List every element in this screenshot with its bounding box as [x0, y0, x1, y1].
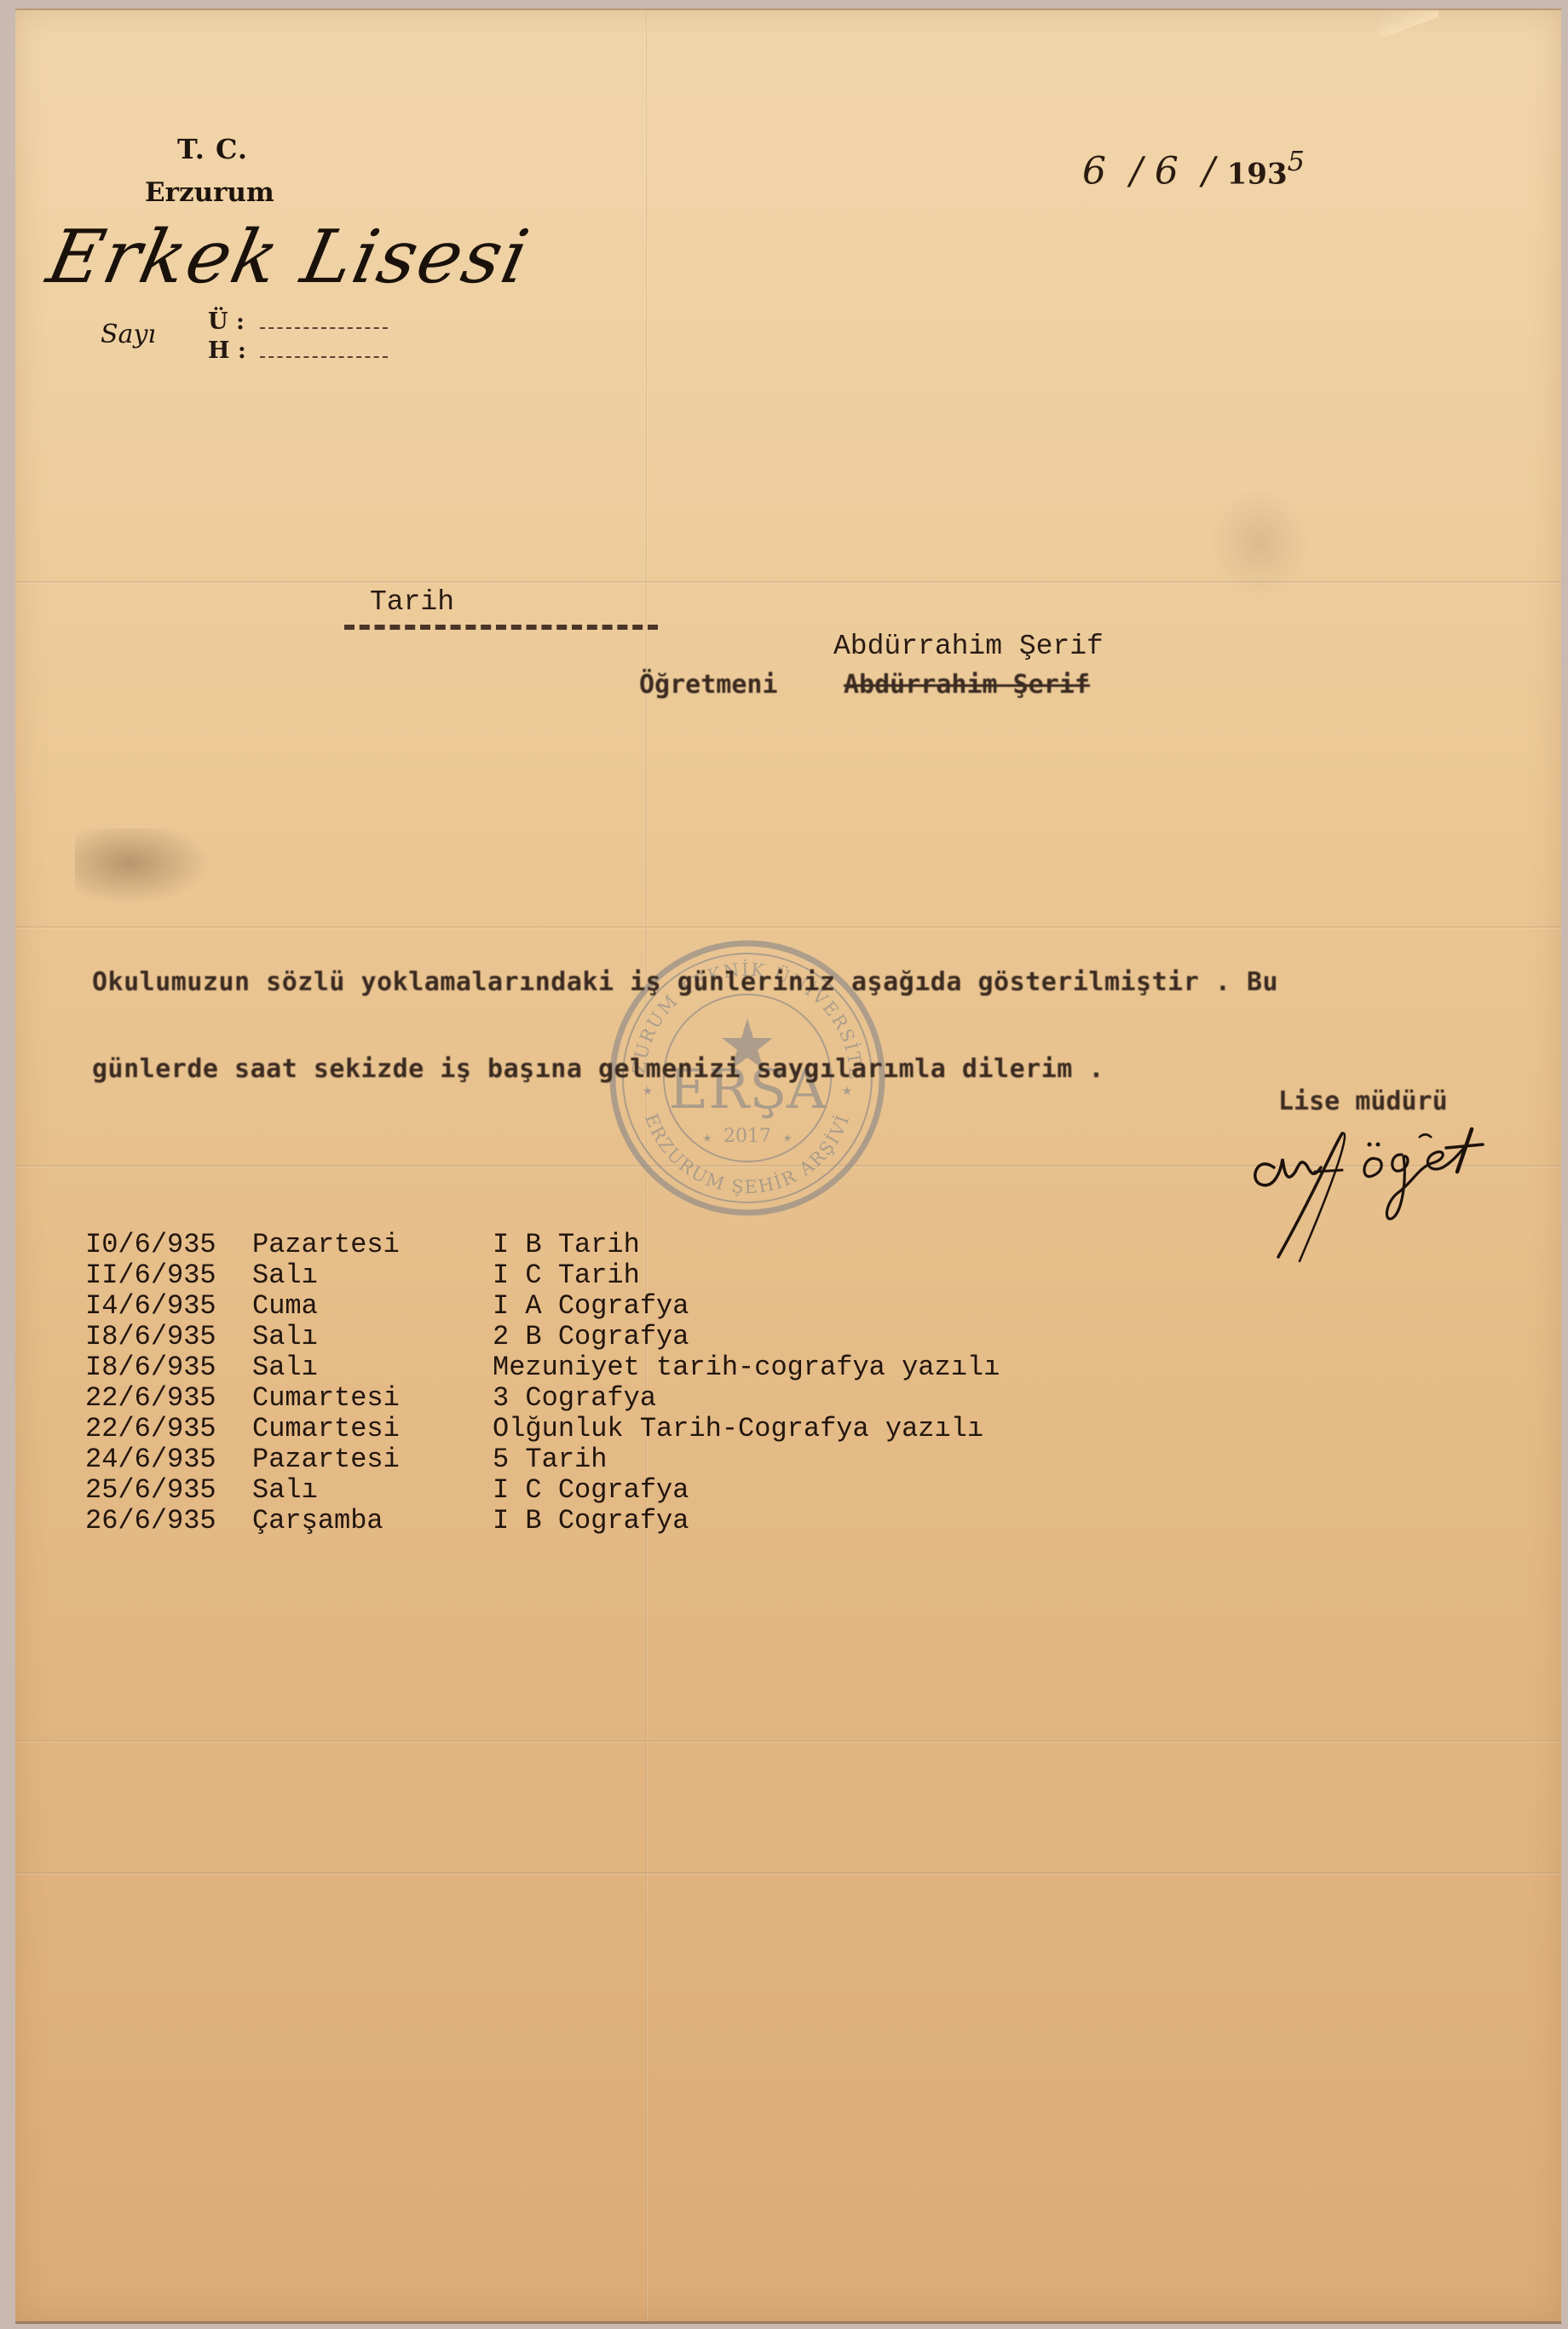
- paper-tear: [1379, 10, 1438, 36]
- star-icon: ★: [783, 1130, 793, 1147]
- schedule-date: I4/6/935: [85, 1290, 252, 1322]
- schedule-class: I B Tarih: [493, 1229, 640, 1260]
- schedule-class: 2 B Cografya: [493, 1321, 689, 1352]
- schedule-row: 22/6/935 Cumartesi Olğunluk Tarih-Cograf…: [85, 1413, 1000, 1444]
- date-day: 6: [1082, 150, 1106, 193]
- schedule-date: 22/6/935: [85, 1382, 252, 1414]
- schedule-class: I A Cografya: [493, 1290, 689, 1322]
- schedule-day: Salı: [252, 1474, 493, 1506]
- fold-line-horizontal: [15, 581, 1561, 584]
- letterhead-city: Erzurum: [145, 177, 274, 208]
- stamp-bottom-text: ERZURUM ŞEHİR ARŞİVİ: [641, 1111, 854, 1198]
- schedule-class: Olğunluk Tarih-Cografya yazılı: [493, 1413, 983, 1444]
- schedule-date: I8/6/935: [85, 1352, 252, 1383]
- schedule-row: 25/6/935 Salı I C Cografya: [85, 1474, 1000, 1505]
- subject-underline: [344, 625, 658, 630]
- star-icon: ★: [842, 1081, 852, 1101]
- schedule-class: I C Cografya: [493, 1474, 689, 1506]
- svg-text:ERZURUM ŞEHİR ARŞİVİ: ERZURUM ŞEHİR ARŞİVİ: [641, 1111, 854, 1198]
- schedule-day: Pazartesi: [252, 1444, 493, 1475]
- date-year-handwritten: 5: [1288, 145, 1305, 177]
- teacher-name: Abdürrahim Şerif: [833, 631, 1104, 662]
- schedule-row: 26/6/935 Çarşamba I B Cografya: [85, 1505, 1000, 1536]
- schedule-day: Pazartesi: [252, 1229, 493, 1260]
- exam-schedule: I0/6/935 Pazartesi I B Tarih II/6/935 Sa…: [85, 1229, 1000, 1536]
- date-month: 6: [1155, 150, 1179, 193]
- schedule-date: II/6/935: [85, 1260, 252, 1291]
- schedule-date: I8/6/935: [85, 1321, 252, 1352]
- schedule-class: I C Tarih: [493, 1260, 640, 1291]
- signature: Arif Öğet: [1248, 1121, 1504, 1274]
- schedule-date: 24/6/935: [85, 1444, 252, 1475]
- schedule-day: Salı: [252, 1352, 493, 1383]
- star-icon: ★: [703, 1130, 712, 1147]
- letterhead-number-label: Sayı: [101, 320, 156, 349]
- letterhead-state: T. C.: [177, 133, 248, 165]
- stain: [1208, 487, 1311, 598]
- fold-line-horizontal: [15, 926, 1561, 929]
- body-line-1: Okulumuzun sözlü yoklamalarındaki iş gün…: [92, 967, 1278, 997]
- teacher-name-struck: Abdürrahim Şerif: [844, 670, 1090, 700]
- schedule-row: I8/6/935 Salı Mezuniyet tarih-cografya y…: [85, 1352, 1000, 1382]
- fold-line-horizontal: [15, 1872, 1561, 1875]
- schedule-row: I8/6/935 Salı 2 B Cografya: [85, 1321, 1000, 1352]
- schedule-date: I0/6/935: [85, 1229, 252, 1260]
- schedule-row: 24/6/935 Pazartesi 5 Tarih: [85, 1444, 1000, 1474]
- schedule-class: Mezuniyet tarih-cografya yazılı: [493, 1352, 1000, 1383]
- schedule-class: I B Cografya: [493, 1505, 689, 1536]
- date-year-typed: 193: [1227, 158, 1288, 192]
- schedule-day: Cumartesi: [252, 1382, 493, 1414]
- schedule-date: 25/6/935: [85, 1474, 252, 1506]
- schedule-day: Cuma: [252, 1290, 493, 1322]
- schedule-date: 26/6/935: [85, 1505, 252, 1536]
- letterhead-h-label: H :: [208, 337, 246, 364]
- recipient-title: Öğretmeni: [639, 670, 778, 700]
- star-icon: ★: [643, 1081, 653, 1101]
- letterhead-school-name: Erkek Lisesi: [40, 215, 537, 300]
- body-line-2: günlerde saat sekizde iş başına gelmeniz…: [92, 1054, 1104, 1084]
- document-date: 6 / 6 / 1935: [1082, 145, 1305, 193]
- schedule-row: II/6/935 Salı I C Tarih: [85, 1260, 1000, 1290]
- schedule-row: 22/6/935 Cumartesi 3 Cografya: [85, 1382, 1000, 1413]
- subject-label: Tarih: [370, 586, 454, 618]
- schedule-row: I4/6/935 Cuma I A Cografya: [85, 1290, 1000, 1321]
- schedule-class: 5 Tarih: [493, 1444, 607, 1475]
- ink-smudge: [75, 828, 211, 905]
- number-field-line: [260, 327, 388, 329]
- schedule-day: Salı: [252, 1321, 493, 1352]
- principal-title: Lise müdürü: [1278, 1087, 1448, 1116]
- fold-line-horizontal: [15, 1740, 1561, 1743]
- schedule-day: Salı: [252, 1260, 493, 1291]
- stamp-year: 2017: [723, 1126, 771, 1147]
- schedule-class: 3 Cografya: [493, 1382, 656, 1414]
- schedule-row: I0/6/935 Pazartesi I B Tarih: [85, 1229, 1000, 1260]
- schedule-date: 22/6/935: [85, 1413, 252, 1444]
- schedule-day: Cumartesi: [252, 1413, 493, 1444]
- letterhead-u-label: Ü :: [208, 308, 245, 335]
- schedule-day: Çarşamba: [252, 1505, 493, 1536]
- number-field-line: [260, 356, 388, 358]
